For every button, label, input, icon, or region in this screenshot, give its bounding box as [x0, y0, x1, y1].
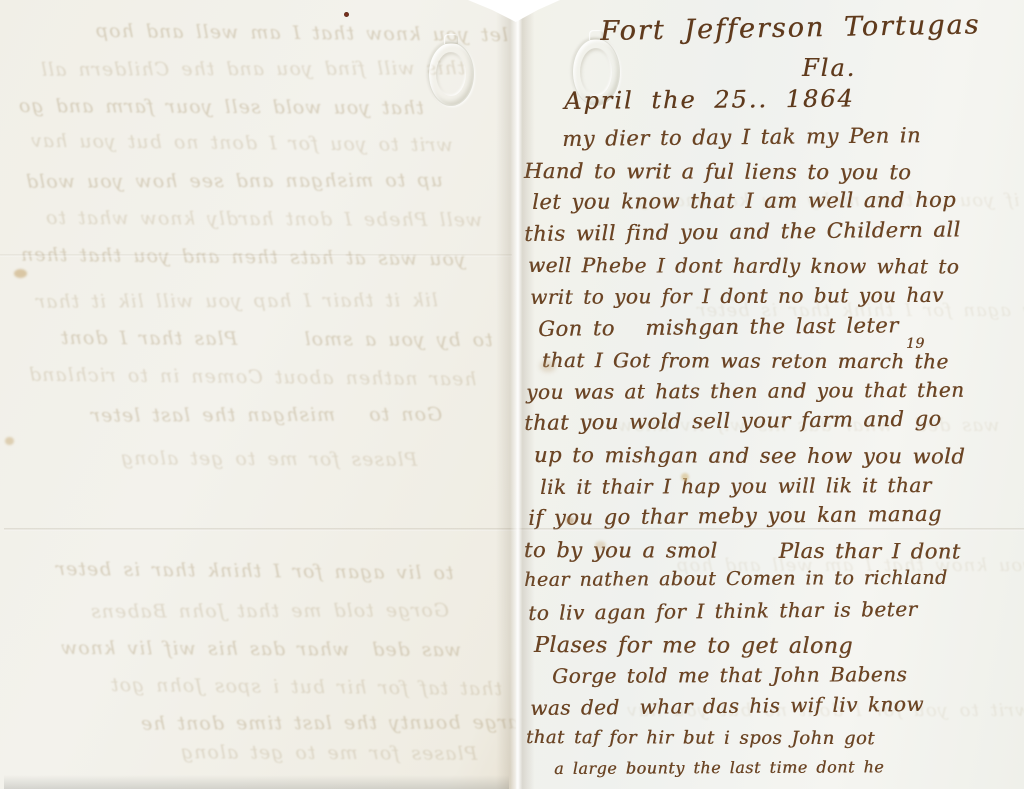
- bleed-through-line: Gon to mishgan the last leter: [90, 403, 442, 426]
- handwriting-line: to by you a smol Plas thar I dont: [524, 538, 961, 564]
- page-bottom-shadow: [4, 775, 509, 789]
- letter-heading-state: Fla.: [802, 54, 856, 82]
- handwriting-line: hear nathen about Comen in to richland: [524, 567, 948, 591]
- bleed-through-line: that taf for hir but i spos John got: [110, 674, 502, 700]
- handwriting-line: that taf for hir but i spos John got: [526, 727, 875, 749]
- letter-heading-date: April the 25.. 1864: [564, 84, 855, 115]
- embossed-seal-icon: [428, 42, 474, 106]
- handwriting-line: that you wold sell your farm and go: [524, 407, 942, 435]
- bleed-through-line: lik it thair I hap you will lik it thar: [35, 289, 438, 312]
- handwriting-line: Hand to writ a ful liens to you to: [524, 159, 911, 184]
- letter-page-left: let you know that I am well and hopthis …: [0, 0, 516, 789]
- bleed-through-line: hear nathen about Comen in to richland: [28, 364, 477, 391]
- bleed-through-line: to liv agan for I think thar is beter: [55, 558, 454, 584]
- bleed-through-line: this will find you and the Childern all: [40, 57, 465, 80]
- handwriting-line: well Phebe I dont hardly know what to: [528, 253, 959, 279]
- seal-inner-oval: [436, 52, 466, 96]
- handwriting-line: lik it thair I hap you will lik it thar: [540, 473, 932, 499]
- handwriting-line: Plases for me to get along: [534, 633, 853, 659]
- letter-heading-place: Fort Jefferson Tortugas: [600, 9, 981, 47]
- bleed-through-line: to by you a smol Plas thar I dont: [60, 327, 493, 351]
- bleed-through-line: that you wold sell your farm and go: [18, 95, 424, 119]
- bleed-through-line: Plases for me to get along: [120, 447, 417, 471]
- handwriting-line: if you go thar meby you kan manag: [528, 502, 942, 530]
- handwriting-line: my dier to day I tak my Pen in: [562, 123, 921, 151]
- handwriting-line: to liv agan for I think thar is beter: [528, 597, 918, 625]
- bleed-through-line: a large bounty the last time dont he: [140, 711, 516, 734]
- bleed-through-line: you was at hats then and you that then: [20, 244, 466, 271]
- seal-crown-ornament-icon: [444, 34, 458, 44]
- handwriting-line: Gorge told me that John Babens: [552, 662, 907, 688]
- handwriting-line: this will find you and the Childern all: [524, 217, 961, 246]
- handwriting-line: that I Got from was reton march the: [542, 348, 949, 373]
- letter-scan: let you know that I am well and hopthis …: [0, 0, 1024, 789]
- handwriting-line: you was at hats then and you that then: [526, 378, 965, 404]
- bleed-through-line: Plases for me to get along: [180, 741, 477, 765]
- handwriting-line: was ded whar das his wif liv know: [530, 692, 924, 720]
- handwriting-line: a large bounty the last time dont he: [554, 757, 884, 778]
- bleed-through-line: up to mishgan and see how you wold: [25, 169, 443, 192]
- bleed-through-line: was ded whar das his wif liv know: [60, 637, 461, 661]
- handwriting-line: let you know that I am well and hop: [532, 188, 956, 214]
- superscript-day-number: 19: [906, 336, 925, 352]
- handwriting-line: Gon to mishgan the last leter: [538, 313, 899, 341]
- bleed-through-line: Gorge told me that John Babens: [90, 599, 449, 622]
- bleed-through-line: well Phebe I dont hardly know what to: [45, 207, 482, 231]
- handwriting-line: writ to you for I dont no but you hav: [530, 283, 944, 309]
- letter-page-right: if you go thar meby you kan managto liv …: [516, 0, 1024, 789]
- handwriting-line: up to mishgan and see how you wold: [534, 443, 965, 469]
- bleed-through-line: writ to you for I dont no but you hav: [30, 130, 453, 156]
